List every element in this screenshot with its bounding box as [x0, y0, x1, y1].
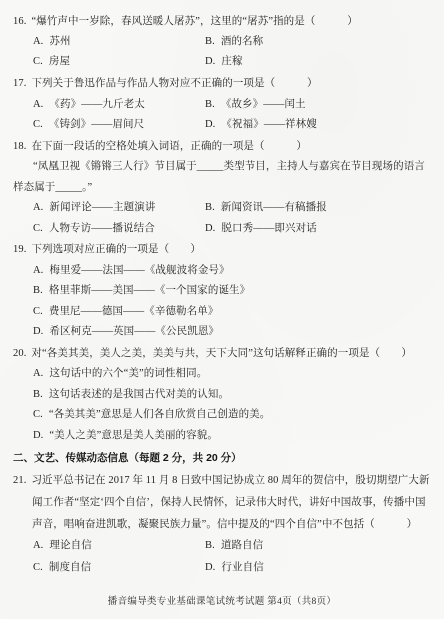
option-a: A.理论自信	[33, 535, 205, 557]
option-label: A.	[33, 540, 43, 551]
option-label: C.	[33, 223, 43, 234]
option-text: 格里菲斯——美国——《一个国家的诞生》	[49, 285, 250, 296]
question-stem: 18.在下面一段话的空格处填入词语，正确的一项是（ ）	[13, 137, 431, 157]
option-text: 苏州	[49, 36, 70, 47]
option-row: A.苏州B.酒的名称	[13, 32, 431, 52]
question-20: 20.对“各美其美，美人之美，美美与共，天下大同”这句话解释正确的一项是（ ）A…	[13, 344, 431, 446]
option-c: C.“各美其美”意思是人们各自欣赏自己创造的美。	[33, 405, 270, 425]
page-footer: 播音编导类专业基础课笔试统考试题 第4页（共8页）	[0, 593, 444, 607]
option-text: 《故乡》——闰土	[221, 99, 306, 110]
option-d: D.脱口秀——即兴对话	[205, 219, 317, 239]
option-text: 《铸剑》——眉间尺	[49, 119, 144, 130]
question-stem: 17.下列关于鲁迅作品与作品人物对应不正确的一项是（ ）	[13, 74, 431, 94]
option-c: C.制度自信	[33, 557, 205, 579]
option-text: 费里尼——德国——《辛德勒名单》	[49, 306, 219, 317]
question-stem-text: “爆竹声中一岁除，春风送暖人屠苏”，这里的“屠苏”指的是（ ）	[31, 16, 357, 27]
question-stem: 21.习近平总书记在 2017 年 11 月 8 日致中国记协成立 80 周年的…	[13, 470, 431, 535]
option-row: C.《铸剑》——眉间尺D.《祝福》——祥林嫂	[13, 115, 431, 135]
option-label: D.	[33, 326, 43, 337]
option-text: 人物专访——播说结合	[49, 223, 155, 234]
option-a: A.梅里爱——法国——《战舰波将金号》	[33, 261, 230, 281]
option-label: D.	[205, 223, 215, 234]
option-b: B.酒的名称	[205, 32, 263, 52]
option-label: C.	[33, 562, 43, 573]
option-label: C.	[33, 119, 43, 130]
option-a: A.这句话中的六个“美”的词性相同。	[33, 364, 207, 384]
question-19: 19.下列选项对应正确的一项是（ ）A.梅里爱——法国——《战舰波将金号》B.格…	[13, 240, 431, 342]
option-c: C.人物专访——播说结合	[33, 219, 205, 239]
option-row: C.费里尼——德国——《辛德勒名单》	[13, 302, 431, 322]
option-row: C.房屋D.庄稼	[13, 52, 431, 72]
option-text: 道路自信	[221, 540, 263, 551]
question-stem-text: 下列选项对应正确的一项是（ ）	[31, 244, 201, 255]
question-stem: 19.下列选项对应正确的一项是（ ）	[13, 240, 431, 260]
question-number: 17.	[13, 78, 26, 89]
option-c: C.费里尼——德国——《辛德勒名单》	[33, 302, 218, 322]
option-row: C.制度自信D.行业自信	[13, 557, 431, 579]
option-label: B.	[205, 202, 215, 213]
option-text: 《祝福》——祥林嫂	[221, 119, 316, 130]
question-stem-text: 在下面一段话的空格处填入词语，正确的一项是（ ）	[31, 141, 307, 152]
option-d: D.庄稼	[205, 52, 243, 72]
question-stem-text: 习近平总书记在 2017 年 11 月 8 日致中国记协成立 80 周年的贺信中…	[31, 475, 429, 530]
question-number: 19.	[13, 244, 26, 255]
question-number: 21.	[13, 475, 26, 486]
option-text: 房屋	[49, 56, 70, 67]
option-a: A.苏州	[33, 32, 205, 52]
option-text: “美人之美”意思是美人美丽的容貌。	[49, 430, 218, 441]
option-row: B.格里菲斯——美国——《一个国家的诞生》	[13, 281, 431, 301]
question-stem: 20.对“各美其美，美人之美，美美与共，天下大同”这句话解释正确的一项是（ ）	[13, 344, 431, 364]
question-number: 20.	[13, 348, 26, 359]
option-text: 这句话中的六个“美”的词性相同。	[49, 368, 207, 379]
option-row: D.希区柯克——英国——《公民凯恩》	[13, 322, 431, 342]
option-label: B.	[205, 540, 215, 551]
question-18: 18.在下面一段话的空格处填入词语，正确的一项是（ ）“凤凰卫视《锵锵三人行》节…	[13, 137, 431, 239]
option-text: 新闻资讯——有稿播报	[221, 202, 327, 213]
option-text: “各美其美”意思是人们各自欣赏自己创造的美。	[49, 409, 271, 420]
option-text: 行业自信	[221, 562, 263, 573]
option-label: D.	[205, 119, 215, 130]
option-d: D.行业自信	[205, 557, 264, 579]
option-b: B.新闻资讯——有稿播报	[205, 198, 327, 218]
option-text: 酒的名称	[221, 36, 263, 47]
option-label: D.	[33, 430, 43, 441]
option-label: A.	[33, 368, 43, 379]
question-number: 18.	[13, 141, 26, 152]
question-stem-text: 下列关于鲁迅作品与作品人物对应不正确的一项是（ ）	[31, 78, 317, 89]
section-heading: 二、文艺、传媒动态信息（每题 2 分，共 20 分）	[13, 448, 431, 468]
option-d: D.希区柯克——英国——《公民凯恩》	[33, 322, 219, 342]
option-row: A.《药》——九斤老太B.《故乡》——闰土	[13, 95, 431, 115]
option-c: C.房屋	[33, 52, 205, 72]
option-label: A.	[33, 265, 43, 276]
option-text: 希区柯克——英国——《公民凯恩》	[49, 326, 219, 337]
option-label: D.	[205, 562, 215, 573]
option-label: A.	[33, 99, 43, 110]
option-d: D.“美人之美”意思是美人美丽的容貌。	[33, 426, 218, 446]
option-text: 脱口秀——即兴对话	[221, 223, 316, 234]
option-b: B.道路自信	[205, 535, 263, 557]
option-label: D.	[205, 56, 215, 67]
option-label: A.	[33, 202, 43, 213]
question-stem: 16.“爆竹声中一岁除，春风送暖人屠苏”，这里的“屠苏”指的是（ ）	[13, 12, 431, 32]
option-text: 梅里爱——法国——《战舰波将金号》	[49, 265, 229, 276]
option-d: D.《祝福》——祥林嫂	[205, 115, 317, 135]
option-row: A.新闻评论——主题演讲B.新闻资讯——有稿播报	[13, 198, 431, 218]
option-b: B.格里菲斯——美国——《一个国家的诞生》	[33, 281, 250, 301]
option-text: 庄稼	[221, 56, 242, 67]
option-b: B.这句话表述的是我国古代对美的认知。	[33, 385, 229, 405]
option-row: A.理论自信B.道路自信	[13, 535, 431, 557]
exam-body: 16.“爆竹声中一岁除，春风送暖人屠苏”，这里的“屠苏”指的是（ ）A.苏州B.…	[13, 12, 431, 579]
question-stem-text: 对“各美其美，美人之美，美美与共，天下大同”这句话解释正确的一项是（ ）	[31, 348, 412, 359]
exam-page: 16.“爆竹声中一岁除，春风送暖人屠苏”，这里的“屠苏”指的是（ ）A.苏州B.…	[0, 0, 444, 619]
option-row: B.这句话表述的是我国古代对美的认知。	[13, 385, 431, 405]
question-21: 21.习近平总书记在 2017 年 11 月 8 日致中国记协成立 80 周年的…	[13, 470, 431, 579]
option-label: B.	[33, 285, 43, 296]
option-label: C.	[33, 409, 43, 420]
option-label: C.	[33, 56, 43, 67]
question-passage: “凤凰卫视《锵锵三人行》节目属于_____类型节目，主持人与嘉宾在节目现场的语言…	[13, 157, 431, 198]
option-text: 新闻评论——主题演讲	[49, 202, 155, 213]
option-row: C.人物专访——播说结合D.脱口秀——即兴对话	[13, 219, 431, 239]
option-a: A.新闻评论——主题演讲	[33, 198, 205, 218]
option-label: C.	[33, 306, 43, 317]
option-label: B.	[205, 36, 215, 47]
option-text: 制度自信	[49, 562, 91, 573]
option-row: A.这句话中的六个“美”的词性相同。	[13, 364, 431, 384]
option-b: B.《故乡》——闰土	[205, 95, 306, 115]
option-text: 这句话表述的是我国古代对美的认知。	[49, 389, 229, 400]
option-label: B.	[205, 99, 215, 110]
question-17: 17.下列关于鲁迅作品与作品人物对应不正确的一项是（ ）A.《药》——九斤老太B…	[13, 74, 431, 135]
option-row: A.梅里爱——法国——《战舰波将金号》	[13, 261, 431, 281]
option-text: 《药》——九斤老太	[49, 99, 144, 110]
option-text: 理论自信	[49, 540, 91, 551]
option-label: B.	[33, 389, 43, 400]
option-row: C.“各美其美”意思是人们各自欣赏自己创造的美。	[13, 405, 431, 425]
option-c: C.《铸剑》——眉间尺	[33, 115, 205, 135]
option-a: A.《药》——九斤老太	[33, 95, 205, 115]
option-label: A.	[33, 36, 43, 47]
question-16: 16.“爆竹声中一岁除，春风送暖人屠苏”，这里的“屠苏”指的是（ ）A.苏州B.…	[13, 12, 431, 73]
question-number: 16.	[13, 16, 26, 27]
option-row: D.“美人之美”意思是美人美丽的容貌。	[13, 426, 431, 446]
